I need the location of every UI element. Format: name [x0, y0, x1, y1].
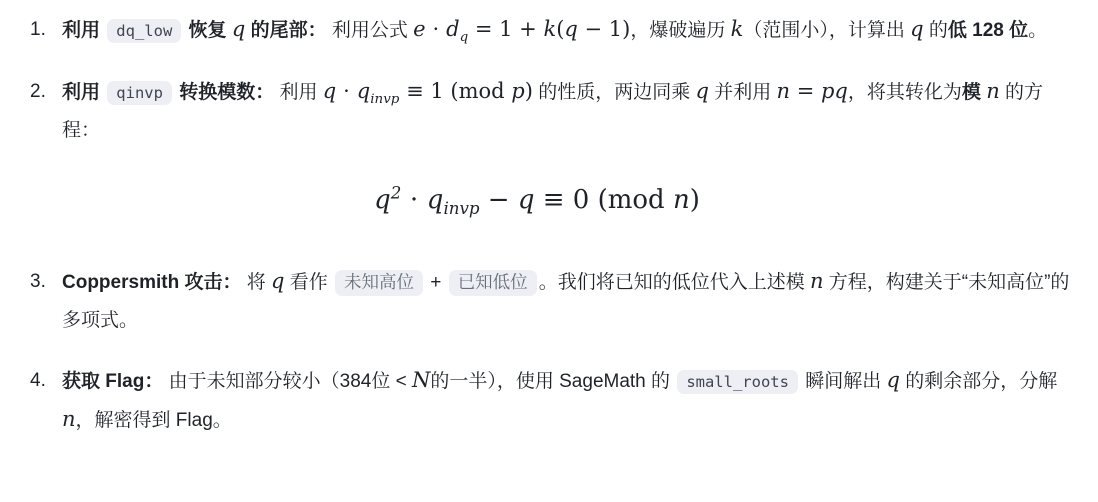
list-item-body: 利用 dq_low 恢复 q 的尾部： 利用公式 e ⋅ dq = 1 + k(…	[62, 11, 1072, 50]
math-text: = 1 +	[468, 17, 543, 41]
text-run: 将	[241, 272, 271, 293]
list-item-body: Coppersmith 攻击： 将 q 看作 未知高位 + 已知低位。我们将已知…	[62, 263, 1072, 339]
bold-text: 模	[962, 82, 981, 103]
inline-code-chip-cjk: 未知高位	[335, 270, 423, 296]
bold-text: 恢复	[183, 20, 232, 41]
list-item-1: 1. 利用 dq_low 恢复 q 的尾部： 利用公式 e ⋅ dq = 1 +…	[30, 11, 1072, 50]
math-var: q	[518, 185, 535, 215]
bold-text: 利用	[62, 20, 105, 41]
inline-code-chip: dq_low	[107, 19, 181, 43]
math-var: e	[413, 17, 425, 41]
text-run: 。	[1028, 20, 1047, 41]
math-text: ⋅	[401, 185, 426, 215]
text-run: 的剩余部分，分解	[900, 371, 1057, 392]
math-var: pq	[821, 79, 848, 103]
math-var: q	[323, 79, 336, 103]
list-item-body: 利用 qinvp 转换模数： 利用 q ⋅ qinvp ≡ 1 (mod p) …	[62, 73, 1072, 240]
text-run: ，将其转化为	[848, 82, 962, 103]
math-text: (mod	[589, 185, 673, 215]
bold-text: 转换模数：	[174, 82, 274, 103]
step-4-paragraph: 获取 Flag： 由于未知部分较小（384位 < N的一半），使用 SageMa…	[62, 362, 1072, 439]
math-text: )	[525, 79, 533, 103]
math-var: q	[887, 368, 900, 392]
bold-text: 的尾部：	[245, 20, 326, 41]
math-text: ≡ 0	[534, 185, 589, 215]
math-var: n	[62, 407, 76, 431]
math-var: q	[271, 269, 284, 293]
math-var: n	[673, 185, 690, 215]
text-run: 的性质，两边同乘	[533, 82, 696, 103]
list-item-4: 4. 获取 Flag： 由于未知部分较小（384位 < N的一半），使用 Sag…	[30, 362, 1072, 439]
list-item-number: 1.	[30, 11, 62, 50]
text-run: 利用	[274, 82, 323, 103]
list-item-number: 3.	[30, 263, 62, 339]
inline-code-chip-cjk: 已知低位	[449, 270, 537, 296]
math-var: k	[731, 17, 744, 41]
list-item-3: 3. Coppersmith 攻击： 将 q 看作 未知高位 + 已知低位。我们…	[30, 263, 1072, 339]
text-run: +	[425, 272, 447, 293]
text-run: 看作	[284, 272, 333, 293]
inline-code-chip: qinvp	[107, 81, 172, 105]
text-run: 的一半），使用 SageMath 的	[430, 371, 675, 392]
math-text: − 1)	[578, 17, 631, 41]
math-text: −	[480, 185, 518, 215]
math-var: k	[543, 17, 556, 41]
math-text: ⋅	[336, 79, 357, 103]
inline-code-chip: small_roots	[677, 370, 798, 394]
math-var: qinvp	[427, 185, 480, 215]
step-1-paragraph: 利用 dq_low 恢复 q 的尾部： 利用公式 e ⋅ dq = 1 + k(…	[62, 11, 1072, 50]
math-var: q	[910, 17, 923, 41]
math-text: ⋅	[426, 17, 447, 41]
bold-text: 利用	[62, 82, 105, 103]
math-var: n	[777, 79, 791, 103]
text-run: 利用公式	[327, 20, 414, 41]
math-text: =	[790, 79, 821, 103]
list-item-2: 2. 利用 qinvp 转换模数： 利用 q ⋅ qinvp ≡ 1 (mod …	[30, 73, 1072, 240]
math-var: qinvp	[357, 79, 400, 103]
bold-text: Coppersmith 攻击：	[62, 272, 241, 293]
text-run: 的	[924, 20, 948, 41]
step-3-paragraph: Coppersmith 攻击： 将 q 看作 未知高位 + 已知低位。我们将已知…	[62, 263, 1072, 339]
text-run: 由于未知部分较小（384位 <	[163, 371, 412, 392]
list-item-number: 2.	[30, 73, 62, 240]
math-text: )	[690, 185, 700, 215]
math-var: q	[232, 17, 245, 41]
math-var: dq	[446, 17, 468, 41]
text-run: 并利用	[709, 82, 777, 103]
math-var: q	[564, 17, 577, 41]
math-var: p	[511, 79, 524, 103]
list-item-body: 获取 Flag： 由于未知部分较小（384位 < N的一半），使用 SageMa…	[62, 362, 1072, 439]
text-run: ，解密得到 Flag。	[76, 410, 232, 431]
list-item-number: 4.	[30, 362, 62, 439]
math-var: q2	[374, 185, 401, 215]
text-run: 瞬间解出	[800, 371, 887, 392]
display-equation: q2 ⋅ qinvp − q ≡ 0 (mod n)	[62, 185, 1012, 216]
bold-text: 获取 Flag：	[62, 371, 163, 392]
math-var: N	[412, 368, 430, 392]
text-run: （范围小），计算出	[743, 20, 910, 41]
math-var: n	[986, 79, 1000, 103]
bold-text: 低 128 位	[948, 20, 1028, 41]
text-run: 。我们将已知的低位代入上述模	[539, 272, 810, 293]
text-run: ，爆破遍历	[630, 20, 730, 41]
math-text: ≡ 1 (mod	[399, 79, 511, 103]
step-2-paragraph: 利用 qinvp 转换模数： 利用 q ⋅ qinvp ≡ 1 (mod p) …	[62, 73, 1072, 149]
math-var: n	[810, 269, 824, 293]
attack-steps-document: 1. 利用 dq_low 恢复 q 的尾部： 利用公式 e ⋅ dq = 1 +…	[0, 0, 1098, 439]
math-var: q	[695, 79, 708, 103]
